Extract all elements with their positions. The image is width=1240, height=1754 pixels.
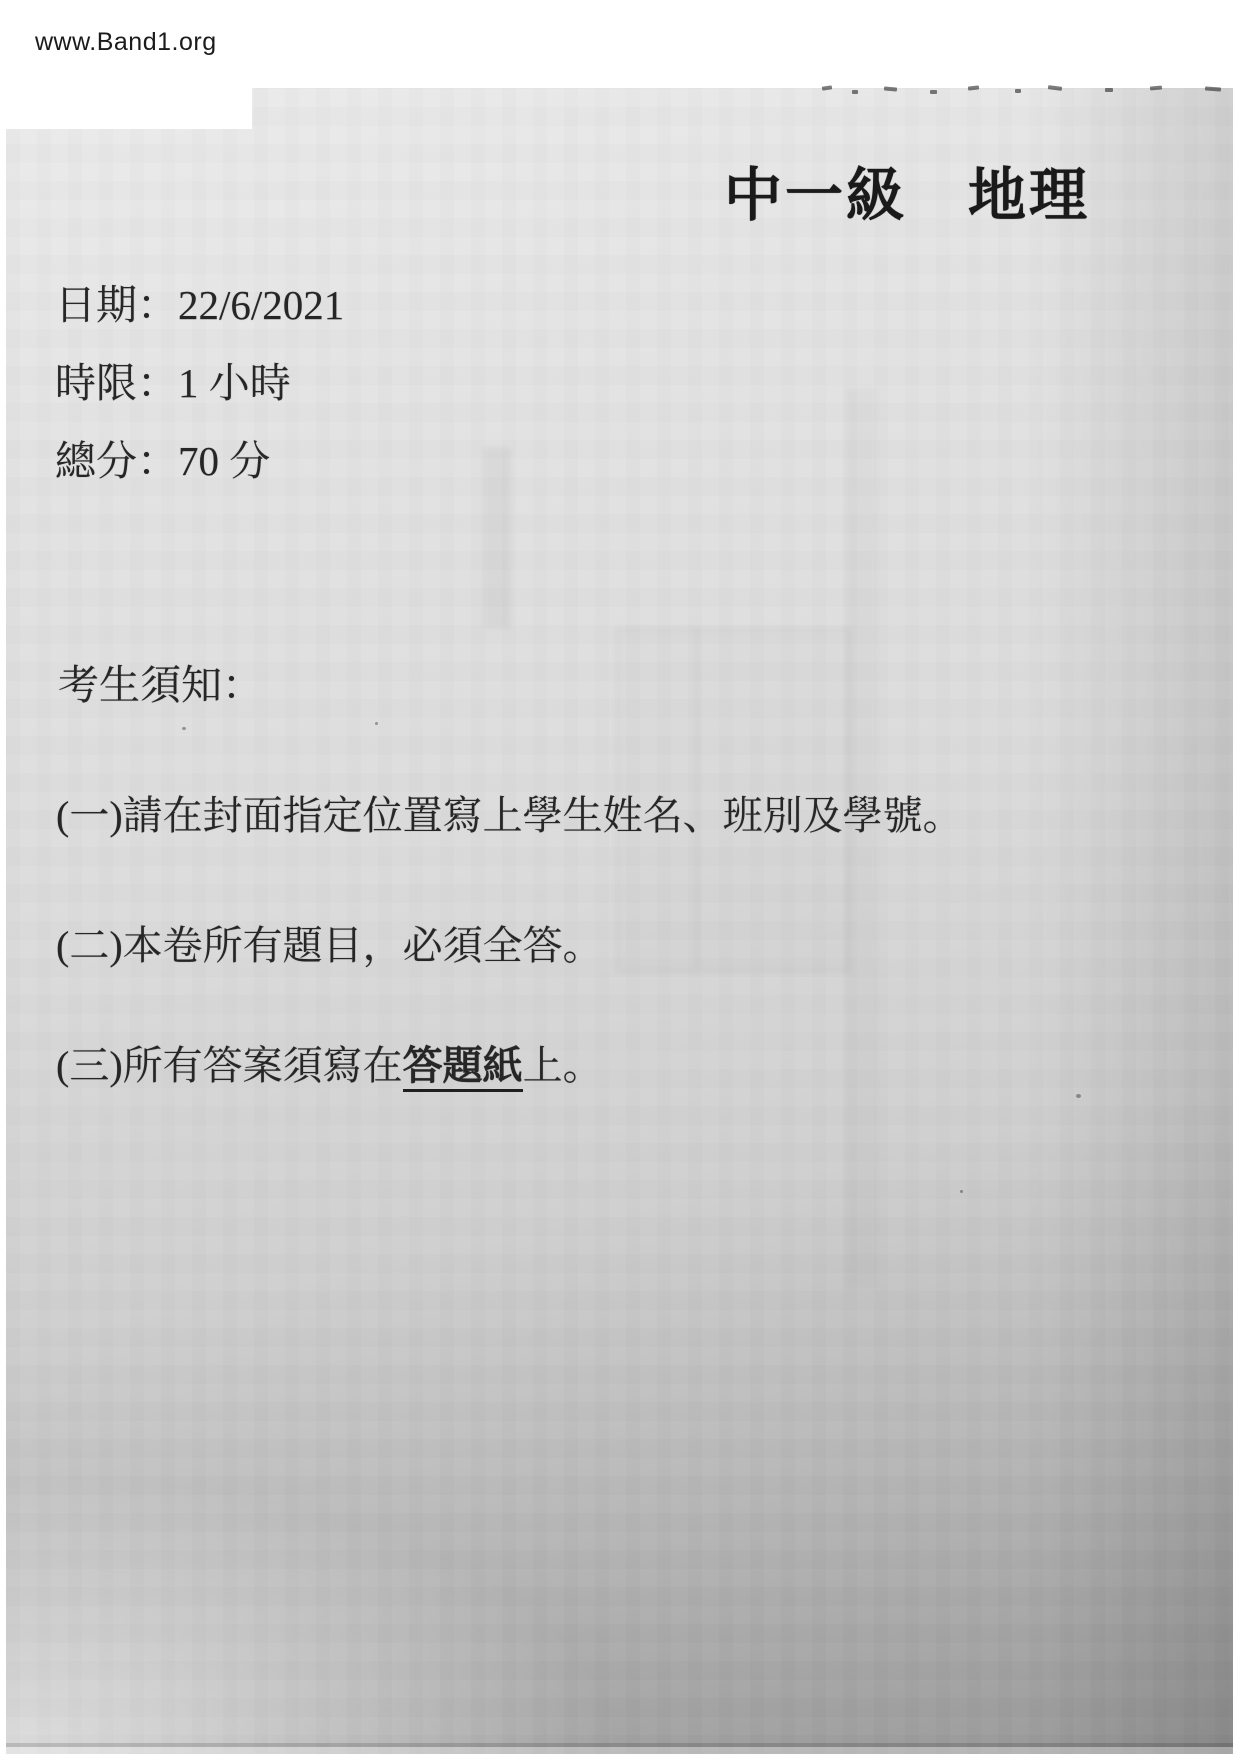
instruction-item-3: (三)所有答案須寫在答題紙上。: [56, 1034, 603, 1091]
scan-artifact: [1015, 89, 1021, 93]
answer-sheet-emphasis: 答題紙: [403, 1043, 523, 1092]
scan-speck: [1076, 1094, 1081, 1098]
instruction-3-suffix: 上。: [523, 1043, 603, 1088]
candidate-notice-heading: 考生須知：: [58, 652, 263, 711]
paper-bottom-edge-light: [6, 1747, 1233, 1754]
scanned-document-page: www.Band1.org 中一級 地理 日期：22/6/2021 時限：1 小…: [0, 0, 1240, 1754]
instruction-3-prefix: (三)所有答案須寫在: [56, 1043, 403, 1088]
scan-speck: [375, 722, 378, 725]
scan-artifact: [852, 90, 858, 94]
meta-line-total-marks: 總分：70 分: [55, 428, 270, 487]
scan-speck: [182, 727, 186, 730]
scan-speck: [960, 1190, 963, 1193]
instruction-item-1: (一)請在封面指定位置寫上學生姓名、班別及學號。: [56, 784, 963, 841]
scan-artifact: [1105, 88, 1113, 92]
watermark-text: www.Band1.org: [35, 28, 217, 57]
paper-top-edge-step: [0, 88, 252, 129]
meta-line-date: 日期：22/6/2021: [55, 272, 344, 331]
exam-title: 中一級 地理: [724, 148, 1090, 232]
instruction-item-2: (二)本卷所有題目，必須全答。: [56, 914, 603, 971]
meta-line-time-limit: 時限：1 小時: [55, 350, 291, 409]
show-through-ghost: [484, 448, 510, 628]
scan-artifact: [930, 90, 937, 94]
